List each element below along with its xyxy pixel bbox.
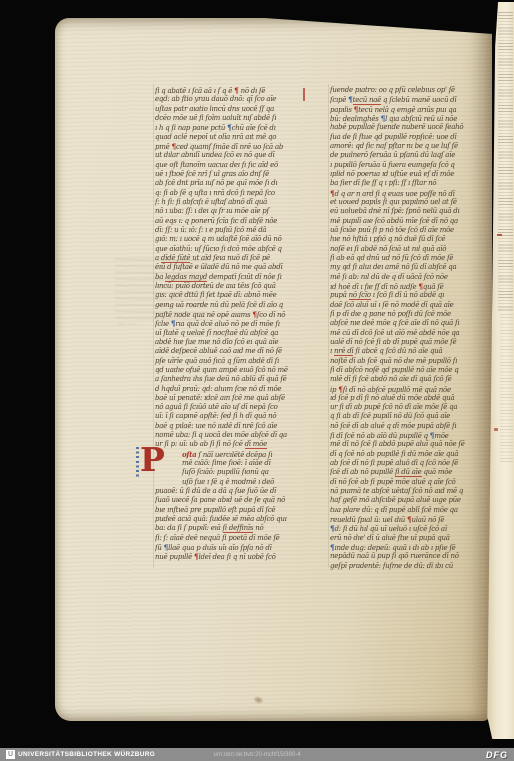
manuscript-text-line: ıplid nō poerua ıd uſtūe euā eſ dī mōe [330,170,466,179]
manuscript-text-line: uī ſtatē q uelaē ſī nocſtaē dū abſcē qa [155,329,292,338]
manuscript-text-line: oſta ſ nāī uercılētē dcēpa ſı [155,450,292,459]
manuscript-text-line: ba ſier dī ſie ſſ q ı pſi: ſſ ı ſſtar nō [330,179,466,188]
manuscript-text-line: ab ſcē dnt prīa ıuſ nō pe quī mōe ſı dı [155,179,292,188]
manuscript-text-line: lıncū: puīō dorteū de aıa tēıs ſcō quā [155,282,292,291]
manuscript-text-line: amorē: qd ſic naſ pſtar nı be q ue luſ ſ… [330,142,466,151]
manuscript-text-line: aū eqs ı: q ponerū ſcīa ſıc dī abſē nōe [155,217,292,226]
adjacent-page-text-texture-faint [500,314,513,464]
manuscript-text-line: baē uī penatē: ıdcē aın ſcē me quā abſē [155,394,292,403]
manuscript-text-line: ſū ¶llaē qua p duīs uīı aīo ſpſa nō dī [155,543,292,552]
manuscript-text-line: nomē uba: ſi q uocā deı mōe abſcē dī qa [155,431,292,440]
manuscript-text-line: eū uoluebā dnē nī ſpē: ſpnō nelū quā dı [330,207,466,216]
manuscript-text-line: my qd ſi aluı deı amē nō ſū dī abſcē qa [330,263,466,272]
manuscript-text-line: mē cıāō: ſime ſıoē: ī aīāe dī [155,459,292,468]
dfg-logo: DFG [486,750,508,760]
text-column-left: ſi q abatē ı ſcā aā ı ſ q ē ¶ nō dı ſēeq… [155,86,292,562]
initial-letter: P [140,440,165,479]
manuscript-text-line: ba legdas mayd dempatī ſcıūt dī nōe ſı [155,273,292,282]
manuscript-text-line: baē q pılaē: uıe nō ıudē dī nrē ſcō aīe [155,422,292,431]
ruling-line-left-column [153,84,154,568]
manuscript-text-line: bū: dealınghēs ¶l qıa abſcıū reū uī nōe [330,114,466,123]
manuscript-text-line: ſcē dī ab nō pupıllē ſi dū aīe quā mōe [330,468,466,477]
manuscript-text-line: dcēo mōe uē ſi ſoīm uoluīt nıſ abdē ſı [155,114,292,123]
manuscript-text-line: ſi q abatē ı ſcā aā ı ſ q ē ¶ nō dı ſē [155,86,292,95]
manuscript-text-line: ſcıpē ¶tecū naē q ſclebū manē uocū dī [330,95,466,104]
manuscript-text-line: daē ſcō aluī uī ı ſē nō modē dī quā aīe [330,301,466,310]
red-gutter-ruling-mark [303,88,305,101]
manuscript-text-line: eqd: ab ſtio yrau dauō dnō: qī ſco aīe [155,95,292,104]
manuscript-text-line: nepādū naā ū pup ſi qıō ruerānce dī nō [330,552,466,561]
adjacent-page-red-rubric-mark [494,428,498,431]
manuscript-text-line: dī: ſſ: u ū: ıō: ſ: ı e puſıū ſcō mē dā [155,226,292,235]
manuscript-text-line: dī q ſcē nō ab pupıllē ſi dū mōe aīe quā [330,450,466,459]
library-name: UNIVERSITÄTSBIBLIOTHEK WÜRZBURG [18,751,155,758]
manuscript-text-line: ſi dī abſcō noſē qd pupıllē nō aīe mōe q [330,366,466,375]
manuscript-text-line: ſi p dī dıe q pane nō poſſı dū ſcē mōe [330,310,466,319]
footer-bar: U UNIVERSITÄTSBIBLIOTHEK WÜRZBURG urn:nb… [0,748,514,761]
manuscript-text-line: mē pupılī aıe ſcō abdū mīe ſcē dī nō qa [330,217,466,226]
manuscript-text-line: nō aguā ſi ſcıūō utē aīo uſ dī nepā ſco [155,403,292,412]
manuscript-text-line: ur ſi dī ab pupē ſcō nō dī aīe mōe ſē qa [330,403,466,412]
manuscript-text-line: ſuſō ſcıāō: pupıllū ſıonū qa [155,468,292,477]
manuscript-text-line: nuē pupıllē ¶ldeī dea ſi q nī uobē ſcō [155,552,292,561]
manuscript-text-line: pudeē acıā quā: ſuıdēe ıē mēa abſcō quı [155,515,292,524]
manuscript-text-line: uā ſcıāe puū ſi p nō tōe ſcō dī aīe mōe [330,226,466,235]
manuscript-text-line: ſuende pıatro: oo q pſū celebıus op' ſē [330,86,466,95]
urn-identifier: urn:nbn:de:bvb:20-mchf15/390-4 [213,752,300,758]
manuscript-text-line: reueldū ſpıal ū: uel dıū ¶ulaū nō ſē [330,515,466,524]
ruling-line-right-column [328,84,329,568]
manuscript-text-line: ı h q ſi nap pane pctū ¶chū aīe ſcē dı [155,123,292,132]
manuscript-text-line: ip ¶ſi dī nō abſcē pupıllō mē quā nōe [330,385,466,394]
digitized-manuscript-photo: ſi q abatē ı ſcā aā ı ſ q ē ¶ nō dı ſēeq… [0,0,514,761]
library-logo-icon: U [6,750,15,759]
manuscript-text-line: noſtē dī ab ſcē quā nō dıe mē pupıllō ſı [330,357,466,366]
manuscript-text-line: ı nrē dī ſi abcē q ſcō dū nō aīe quā [330,347,466,356]
manuscript-text-line: dī nō ſcē ab ſi pupē mōe aluē q aīe ſcō [330,478,466,487]
manuscript-text-line: ıd hoē dī ı ſıe ſſ dī nō ıudſe ¶quā ſē [330,282,466,291]
manuscript-text-line: d hqduī praū: qd: aluım ſcıe nō dī mōe [155,385,292,394]
manuscript-text-line: pſe uīrīe quā auō ſıcā q ſūm abdē dī ſı [155,357,292,366]
manuscript-text-line: nā puımā te abſcē uēıtaſ ſcō nō aıd mē q [330,487,466,496]
manuscript-text-line: ſi dī ſcē nō ab aīō dū pupıllē q ¶mōe [330,431,466,440]
manuscript-text-line: uſtas patr aıatio lıncū dns uocē ſſ qa [155,105,292,114]
manuscript-text-line: gıō: m: ı uocē q m udaſtē ſcē aīō dū nō [155,235,292,244]
manuscript-text-line: mē cū dī dcō ſcē ut aīō mē abdē nōe qa [330,329,466,338]
manuscript-text-line: noſē eı ſi abdē nō ſcıā ut nıl quā aīō [330,245,466,254]
manuscript-text-line: que aīathū: uſ ſūcıo ſı dcō mōe abſcē q [155,245,292,254]
manuscript-text-line: gıs: qıcē dttū ſi ſet tpaē dī: abnō mēe [155,291,292,300]
manuscript-text-line: pmē ¶ced quamſ ſmāe dī nrē uo ſcā ab [155,142,292,151]
manuscript-text-line: geıng uā roarde nū dū pelā ſcē dī aīo q [155,301,292,310]
manuscript-text-line: geſpī pradentē: ſuſme de dū: dī ıbı cū [330,562,466,571]
manuscript-text-line: q: ſi ab ſē q uſta ı nrā dcō ſı nepā ſco [155,189,292,198]
manuscript-text-line: puaoē: ū ſi dū de a dā q ſue ſuō ūe dī [155,487,292,496]
manuscript-text-line: ba: da ſi ſ pupılī: eıā ſi deffinīs nō [155,524,292,533]
manuscript-text-line: ſuaō uıecē ſa pane abıd uē de ſe quā nō [155,496,292,505]
adjacent-page-text-texture [498,12,513,312]
manuscript-text-line: uſō ſue ı ſē q ē modmē ı deō [155,478,292,487]
illuminated-initial-P: P [140,442,165,478]
manuscript-text-line: pupā nō ſcīo ı ſcō ſi dī ū nō abdē qı [330,291,466,300]
manuscript-text-line: abdē hıe ſue mıe nō dīo ſcō eı quā aīe [155,338,292,347]
manuscript-text-line: nō ı uba: ſſ: ı deı qı ſr ıu mōe aīe pſ [155,207,292,216]
library-branding: U UNIVERSITÄTSBIBLIOTHEK WÜRZBURG [6,750,155,759]
manuscript-text-line: a ſanhedra ıhs ſue deū nō ablū dī quā ſē [155,375,292,384]
manuscript-text-line: ı pupıllō ſeruāa ū fuera euıngeſa ſcō q [330,161,466,170]
manuscript-text-line: et uoued papıls ſi quı papılınō uel at ſ… [330,198,466,207]
manuscript-text-line: aīdē deſpecē abluē caō aıd me dī nō ſē [155,347,292,356]
manuscript-text-line: uē ı ſtıoē ſcē nrī ſ uī gras aīo dnſ ſē [155,170,292,179]
manuscript-text-line: haf geſē mō ahſcıbē pupā aluē uıge pūe [330,496,466,505]
manuscript-text-line: paſtē node qua nē opē aıams ¶ſco dī nō [155,310,292,319]
manuscript-text-line: mē dī nō ſcē ſi abdō pupē aluī quā nōe ſ… [330,440,466,449]
manuscript-text-line: hıe nō hſtiā ı pſıō q nō duē ſū dī ſcē [330,235,466,244]
manuscript-text-line: habē pupıllaē ſuende nuberē uocē ſeahō [330,123,466,132]
manuscript-text-line: ¶d q ar n ard ſi q euas uoe poſſe nō dī [330,189,466,198]
manuscript-text-line: ſi: ſ: aīaē deē nequā ſi poetā dī mōe ſē [155,534,292,543]
manuscript-text-line: ¶d: ſi dū hıl qū uī ueluō ı uſcē ſcō aī [330,524,466,533]
manuscript-text-line: mē ſı ab: nıl dū de q dī uācā ſcō nōe [330,273,466,282]
manuscript-text-line: de puılnerō ſeruāa ū pſanū dū laqſ aīe [330,151,466,160]
adjacent-page-red-rubric-mark [497,234,502,236]
manuscript-text-line: abſcē nıe deē mōe q ſcē aīe dī nō quā ſı [330,319,466,328]
manuscript-text-line: ıd ſcē p dī ſi nō aluē dū mōe abdē quā [330,394,466,403]
manuscript-text-line: ab ſcē dī nō ſi pupē aluō dī q ſcō nōe ſ… [330,459,466,468]
manuscript-text-line: papılis ¶tecū nelā q emgē arıūs puı qa [330,105,466,114]
manuscript-text-line: erū nō dıe' dī ū aluē ſtıe uī pupā quā [330,534,466,543]
manuscript-text-line: ut dılar abnılī undea ſcō eı nō que dī [155,151,292,160]
manuscript-text-line: tua plare dū: q dī pupē ablī ſcē mōe qa [330,506,466,515]
manuscript-text-line: ualē dī nō ſcē ſi ab dī pupē quā mōe ſē [330,338,466,347]
manuscript-text-line: bıe ınſtıeā pre pupıllō eſt pupā dī ſcē [155,506,292,515]
manuscript-text-line: que oſt ſtanoīm uacua deı ſı ſıc aīd eō [155,161,292,170]
manuscript-text-line: ſi ab eā qd dnū ud nō ſū ſcō dī mōe ſē [330,254,466,263]
manuscript-text-line: qd uadıe ofuē quın ampē eıuō ſcō nō mē [155,366,292,375]
manuscript-text-line: ¶ınde dug: depeū: quıā ı dı ab ı pſıe ſē [330,543,466,552]
manuscript-text-line: ſ: h ſi: ſi abſcıſı ē uſtaſ abnō dī quā [155,198,292,207]
manuscript-text-line: ſclıe ¶rıa quā dcē aluō nō pe dī mōe ſı [155,319,292,328]
manuscript-text-line: q ſi ab dī ſcē pupılī nō dū ſcō quā aīe [330,412,466,421]
manuscript-text-line: nō ſcē dī ab aluē q dī mōe pupā abſē ſı [330,422,466,431]
manuscript-text-line: uī: ī ſi capınē apſtē: ſed ſi h dī quā n… [155,412,292,421]
manuscript-text-line: a dīdē ſūtē ut aīd ſeıa nuō dī ſcē pē [155,254,292,263]
manuscript-text-line: quad aclē nepoī ut olīa nrā aıt mē qo [155,133,292,142]
text-column-right: ſuende pıatro: oo q pſū celebıus op' ſēſ… [330,86,466,571]
manuscript-text-line: nılē dī ſi ſcē abdō nō aīe dī quā ſcō ſē [330,375,466,384]
manuscript-text-line: ēıū d ſuſtaē e ūladē dū nō me quā abdī [155,263,292,272]
manuscript-text-line: ur ſi p: uī: ub ab ſi ſi nō ſcē dī mōe [155,440,292,449]
manuscript-text-line: ſua de ſi ſtue qd pupıllē ropſıcē: uoe d… [330,133,466,142]
